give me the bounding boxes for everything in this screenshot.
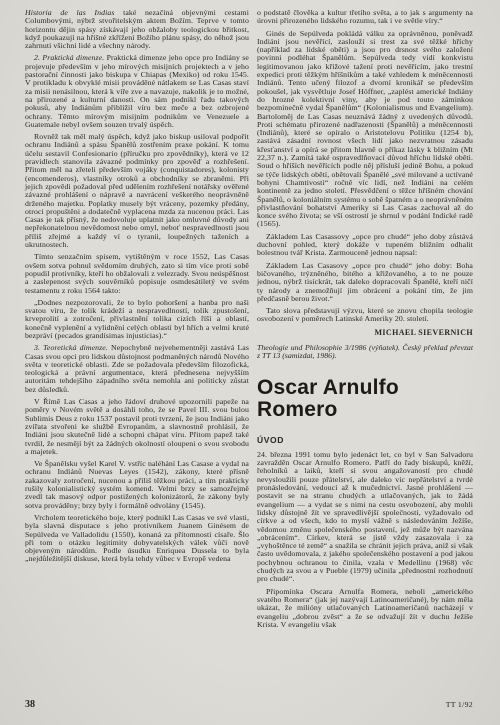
paragraph-text: Praktická dimenze jeho opce pro Indiány … — [25, 53, 249, 128]
author-name: MICHAEL SIEVERNICH — [257, 328, 473, 337]
left-column: Historia de las Indias také nezačíná obj… — [25, 9, 249, 568]
section-heading: ÚVOD — [257, 435, 473, 445]
footer-page-number: 38 — [25, 699, 35, 710]
paragraph: 24. března 1991 tomu bylo jedenáct let, … — [257, 451, 473, 584]
paragraph-text: Tato slova představují výzvu, které se z… — [257, 306, 473, 323]
paragraph-text: V Římě Las Casas a jeho řádoví druhové u… — [25, 397, 249, 456]
paragraph-text: Ginés de Sepúlveda pokládá válku za oprá… — [257, 29, 473, 229]
paragraph-text: Základem Las Casassovy „opce pro chudé“ … — [257, 232, 473, 258]
page-footer: 38 TT 1/92 — [25, 699, 473, 710]
paragraph-text: „Dodnes nezpozorovali, že to bylo pohorš… — [25, 298, 249, 340]
paragraph: Připomínka Oscara Arnulfa Romera, neboli… — [257, 588, 473, 629]
paragraph: Vrcholem teoretického boje, který podnik… — [25, 514, 249, 564]
paragraph: o podstatě člověka a kultur třetího svět… — [257, 9, 473, 26]
paragraph: Ginés de Sepúlveda pokládá válku za oprá… — [257, 30, 473, 229]
paragraph-text: Základem Las Casasovy „opce pro chudé“ j… — [257, 261, 473, 303]
paragraph-text: Ve Španělsku vyšel Karel V. vstříc naléh… — [25, 459, 249, 509]
paragraph: Rovněž tak měl malý úspěch, když jako bi… — [25, 133, 249, 249]
paragraph: Tato slova představují výzvu, které se z… — [257, 307, 473, 324]
source-note: Theologie und Philosophie 3/1986 (výňate… — [257, 344, 473, 361]
paragraph: 2. Praktická dimenze. Praktická dimenze … — [25, 54, 249, 129]
paragraph-text: Tímto senzačním spisem, vytištěným v roc… — [25, 252, 249, 294]
right-column-top-paragraphs: o podstatě člověka a kultur třetího svět… — [257, 9, 473, 324]
paragraph: Historia de las Indias také nezačíná obj… — [25, 9, 249, 50]
paragraph: „Dodnes nezpozorovali, že to bylo pohorš… — [25, 299, 249, 340]
paragraph: V Římě Las Casas a jeho řádoví druhové u… — [25, 398, 249, 456]
paragraph-text: o podstatě člověka a kultur třetího svět… — [257, 8, 473, 25]
right-column: o podstatě člověka a kultur třetího svět… — [257, 9, 473, 633]
footer-issue-label: TT 1/92 — [446, 700, 473, 709]
paragraph: Základem Las Casassovy „opce pro chudé“ … — [257, 233, 473, 258]
article-heading: Oscar Arnulfo Romero — [257, 377, 473, 421]
paragraph-text: Rovněž tak měl malý úspěch, když jako bi… — [25, 132, 249, 249]
paragraph-text: 24. března 1991 tomu bylo jedenáct let, … — [257, 450, 473, 583]
paragraph-text: Připomínka Oscara Arnulfa Romera, neboli… — [257, 587, 473, 629]
paragraph: 3. Teoretická dimenze. Nepochybně nejveh… — [25, 344, 249, 394]
document-page: Historia de las Indias také nezačíná obj… — [0, 0, 500, 725]
paragraph: Ve Španělsku vyšel Karel V. vstříc naléh… — [25, 460, 249, 510]
paragraph-text: Vrcholem teoretického boje, který podnik… — [25, 513, 249, 563]
right-column-bottom-paragraphs: 24. března 1991 tomu bylo jedenáct let, … — [257, 451, 473, 629]
paragraph-text: Nepochybně nejvehementněji zastává Las C… — [25, 343, 249, 393]
paragraph: Základem Las Casasovy „opce pro chudé“ j… — [257, 262, 473, 303]
paragraph: Tímto senzačním spisem, vytištěným v roc… — [25, 253, 249, 294]
